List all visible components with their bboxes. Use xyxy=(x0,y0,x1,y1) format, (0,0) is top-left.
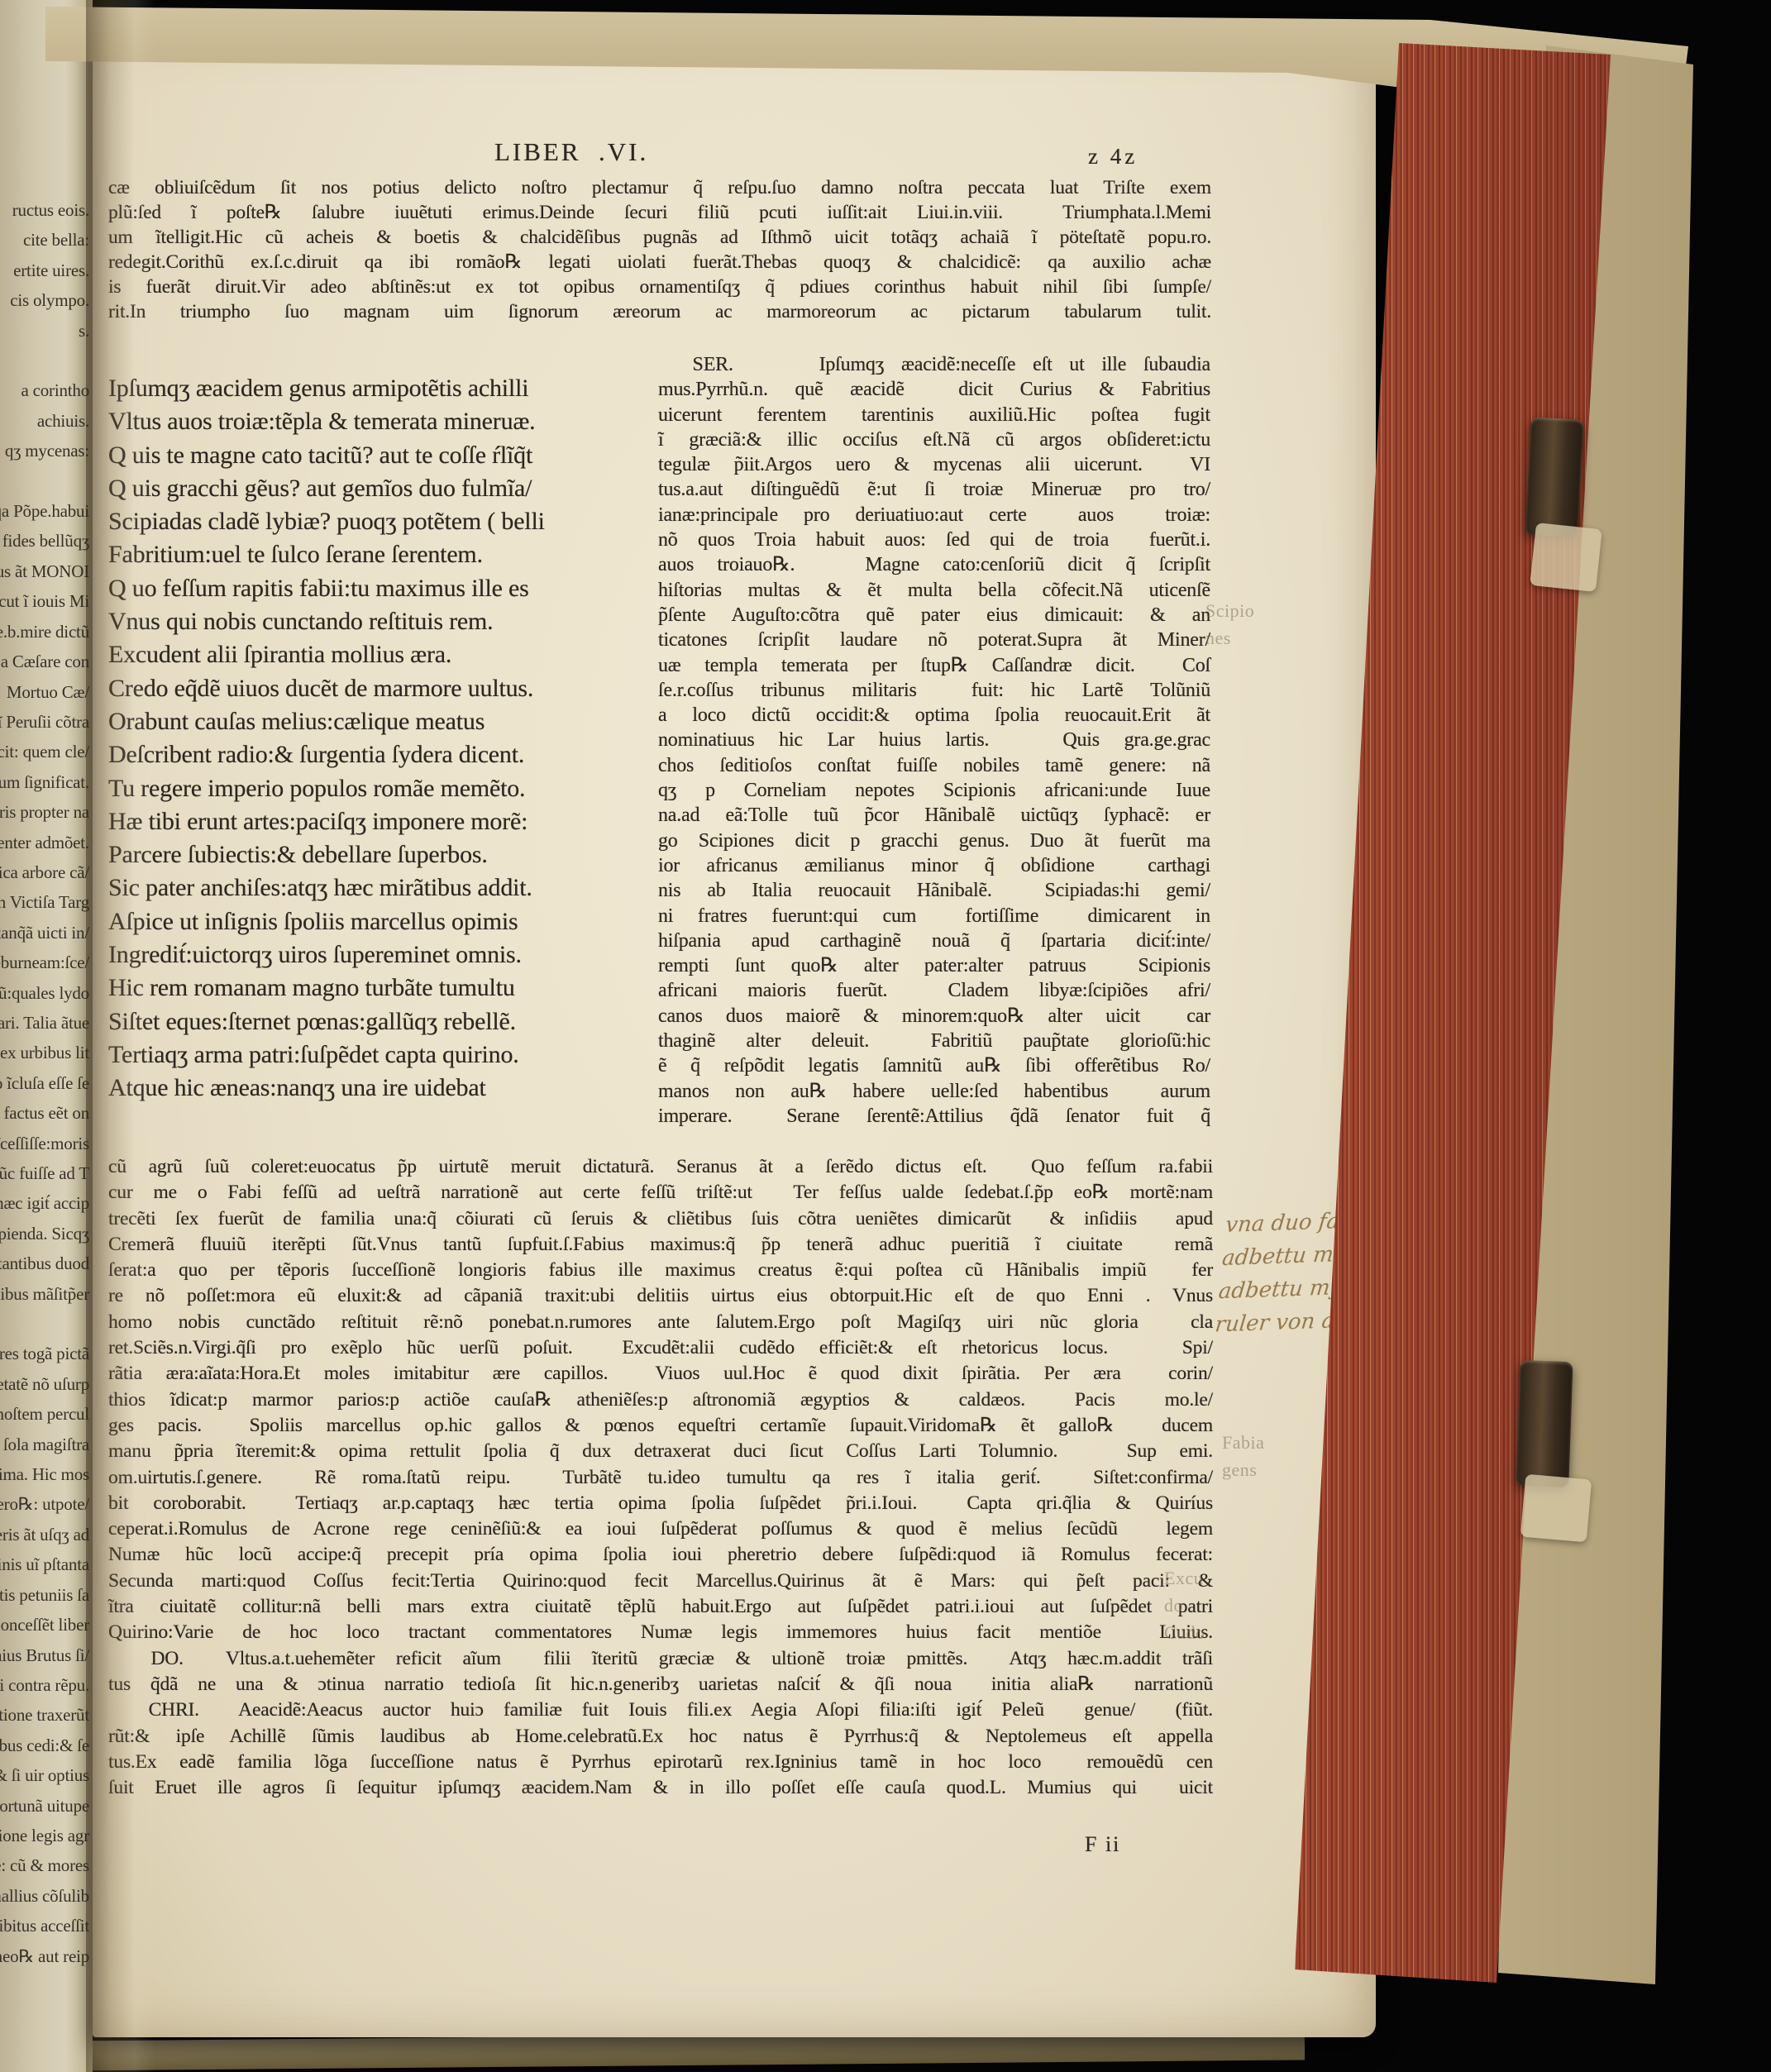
left-page-sliver: ructus eois. cite bella: ertite uires. c… xyxy=(0,0,93,2072)
upper-clasp xyxy=(1525,417,1583,537)
book-photo: ructus eois. cite bella: ertite uires. c… xyxy=(0,0,1771,2072)
quire-signature: z 4z xyxy=(1088,144,1138,169)
bleedthrough-note-fabia-gens: Fabia gens xyxy=(1222,1429,1264,1483)
top-paragraph: cæ obliuiſcẽdum ſit nos potius delicto n… xyxy=(108,175,1211,325)
bleedthrough-note-scipiones: Scipio nes xyxy=(1205,597,1254,652)
signature-mark: F ii xyxy=(1085,1832,1120,1857)
left-page-line-endings: ructus eois. cite bella: ertite uires. c… xyxy=(0,195,89,1971)
running-title: LIBER .VI. xyxy=(494,137,648,167)
lower-clasp xyxy=(1516,1360,1573,1487)
lower-commentary-block: cũ agrũ ſuũ coleret:euocatus p̃p uirtutẽ… xyxy=(108,1154,1213,1801)
upper-clasp-strap xyxy=(1530,523,1602,592)
verse-column: Ipſumqʒ æacidem genus armipotẽtis achill… xyxy=(108,372,679,1105)
bleedthrough-note-excudo: Excu do Cudo xyxy=(1164,1564,1205,1646)
lower-clasp-strap xyxy=(1520,1474,1592,1543)
commentary-column: SER. Ipſumqʒ æacidẽ:neceſſe eſt ut ille … xyxy=(658,352,1210,1129)
